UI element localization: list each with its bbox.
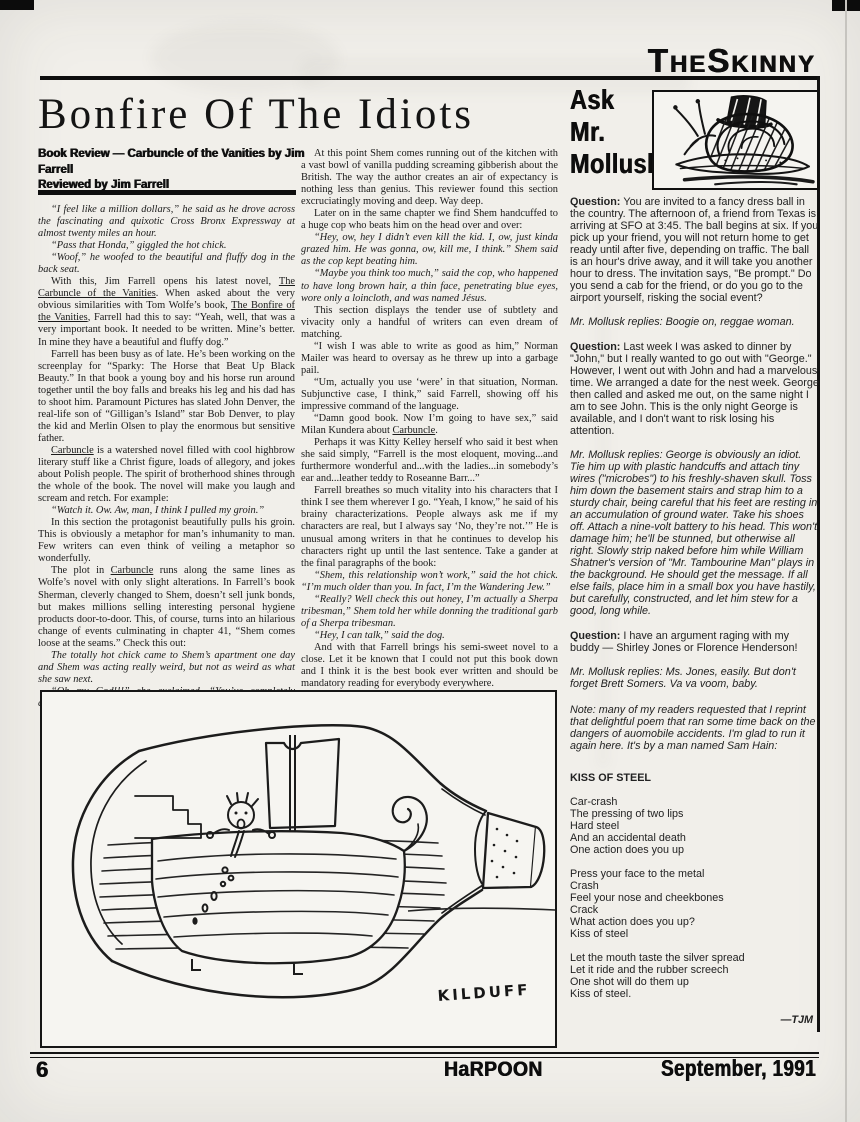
article-paragraph: Perhaps it was Kitty Kelley herself who …: [301, 437, 558, 485]
article-column-1: “I feel like a million dollars,” he said…: [38, 204, 295, 710]
poem-line: One action does you up: [570, 844, 819, 856]
poem-title: KISS OF STEEL: [570, 772, 819, 784]
poem-line: And an accidental death: [570, 832, 819, 844]
editor-note: Note: many of my readers requested that …: [570, 704, 819, 752]
article-paragraph: “Really? Well check this out honey, I’m …: [301, 594, 558, 630]
logo-letter: S: [707, 42, 731, 79]
question-paragraph: Question: Last week I was asked to dinne…: [570, 341, 819, 437]
article-paragraph: In this section the protagonist beautifu…: [38, 517, 295, 565]
text-run: .: [435, 425, 438, 436]
poem-line: Kiss of steel.: [570, 988, 819, 1000]
poem-line: Feel your nose and cheekbones: [570, 892, 819, 904]
article-paragraph: “Maybe you think too much,” said the cop…: [301, 268, 558, 304]
poem-line: What action does you up?: [570, 916, 819, 928]
question-label: Question:: [570, 341, 623, 353]
poem-stanza: Press your face to the metalCrashFeel yo…: [570, 868, 819, 940]
article-paragraph: With this, Jim Farrell opens his latest …: [38, 276, 295, 348]
poem-stanza: Let the mouth taste the silver spreadLet…: [570, 952, 819, 1000]
book-title-underlined: Carbuncle: [392, 425, 435, 436]
poem-line: Crack: [570, 904, 819, 916]
book-title-underlined: Carbuncle: [51, 445, 94, 456]
article-paragraph: “Pass that Honda,” giggled the hot chick…: [38, 240, 295, 252]
magazine-page: THESKINNY Bonfire Of The Idiots Book Rev…: [0, 0, 860, 1122]
poem-line: Let it ride and the rubber screech: [570, 964, 819, 976]
poem-line: Press your face to the metal: [570, 868, 819, 880]
article-paragraph: “Woof,” he woofed to the beautiful and f…: [38, 252, 295, 276]
page-number: 6: [36, 1057, 48, 1083]
article-paragraph: And with that Farrell brings his semi-sw…: [301, 642, 558, 690]
scan-edge-line: [845, 0, 847, 1122]
article-paragraph: Carbuncle is a watershed novel filled wi…: [38, 445, 295, 505]
poem-line: Kiss of steel: [570, 928, 819, 940]
poem-line: One shot will do them up: [570, 976, 819, 988]
mollusk-reply: Mr. Mollusk replies: Ms. Jones, easily. …: [570, 666, 819, 690]
section-logo-the-skinny: THESKINNY: [600, 44, 816, 78]
mollusk-portrait-frame: [652, 90, 819, 190]
ship-in-bottle-illustration: KILDUFF: [42, 692, 555, 1046]
magazine-logo: HaRPOON: [444, 1058, 543, 1082]
text-run: runs along the same lines as Wolfe’s nov…: [38, 565, 295, 648]
logo-letters: KINNY: [731, 51, 816, 78]
logo-letters: HE: [670, 51, 707, 78]
article-paragraph: Farrell breathes so much vitality into h…: [301, 485, 558, 569]
mollusk-qa-column: Question: You are invited to a fancy dre…: [570, 196, 819, 1026]
article-paragraph: The plot in Carbuncle runs along the sam…: [38, 565, 295, 649]
byline-rule: [38, 190, 296, 195]
question-paragraph: Question: I have an argument raging with…: [570, 630, 819, 654]
article-paragraph: The totally hot chick came to Shem’s apa…: [38, 650, 295, 686]
article-paragraph: “Damn good book. Now I’m going to have s…: [301, 413, 558, 437]
cartoon-panel: KILDUFF: [40, 690, 557, 1048]
article-paragraph: “Shem, this relationship won’t work,” sa…: [301, 570, 558, 594]
cartoonist-signature: KILDUFF: [437, 981, 531, 1005]
poem-line: Let the mouth taste the silver spread: [570, 952, 819, 964]
text-run: The plot in: [51, 565, 111, 576]
logo-letter: T: [648, 42, 670, 79]
article-paragraph: “Watch it. Ow. Aw, man, I think I pulled…: [38, 505, 295, 517]
poem-line: Car-crash: [570, 796, 819, 808]
text-run: With this, Jim Farrell opens his latest …: [51, 276, 279, 287]
article-paragraph: This section displays the tender use of …: [301, 305, 558, 341]
article-paragraph: Later on in the same chapter we find She…: [301, 208, 558, 232]
scan-corner-mark: [0, 0, 34, 10]
question-label: Question:: [570, 630, 623, 642]
article-paragraph: “Um, actually you use ‘were’ in that sit…: [301, 377, 558, 413]
article-paragraph: “I wish I was able to write as good as h…: [301, 341, 558, 377]
poem-stanza: Car-crashThe pressing of two lipsHard st…: [570, 796, 819, 856]
issue-date: September, 1991: [661, 1055, 816, 1082]
book-title-underlined: Carbuncle: [111, 565, 154, 576]
article-paragraph: “Hey, ow, hey I didn’t even kill the kid…: [301, 232, 558, 268]
article-paragraph: Farrell has been busy as of late. He’s b…: [38, 349, 295, 445]
poem-line: The pressing of two lips: [570, 808, 819, 820]
poem-line: Crash: [570, 880, 819, 892]
question-paragraph: Question: You are invited to a fancy dre…: [570, 196, 819, 304]
question-label: Question:: [570, 196, 623, 208]
article-column-2: At this point Shem comes running out of …: [301, 148, 558, 690]
article-byline: Book Review — Carbuncle of the Vanities …: [38, 147, 338, 194]
byline-line-1: Book Review — Carbuncle of the Vanities …: [38, 147, 338, 178]
snail-top-hat-illustration: [654, 92, 817, 188]
article-paragraph: “I feel like a million dollars,” he said…: [38, 204, 295, 240]
article-paragraph: “Hey, I can talk,” said the dog.: [301, 630, 558, 642]
poem-line: Hard steel: [570, 820, 819, 832]
article-paragraph: At this point Shem comes running out of …: [301, 148, 558, 208]
author-initials: —TJM: [570, 1014, 819, 1026]
article-headline: Bonfire Of The Idiots: [38, 90, 558, 139]
mollusk-reply: Mr. Mollusk replies: Boogie on, reggae w…: [570, 316, 819, 328]
mollusk-reply: Mr. Mollusk replies: George is obviously…: [570, 449, 819, 617]
